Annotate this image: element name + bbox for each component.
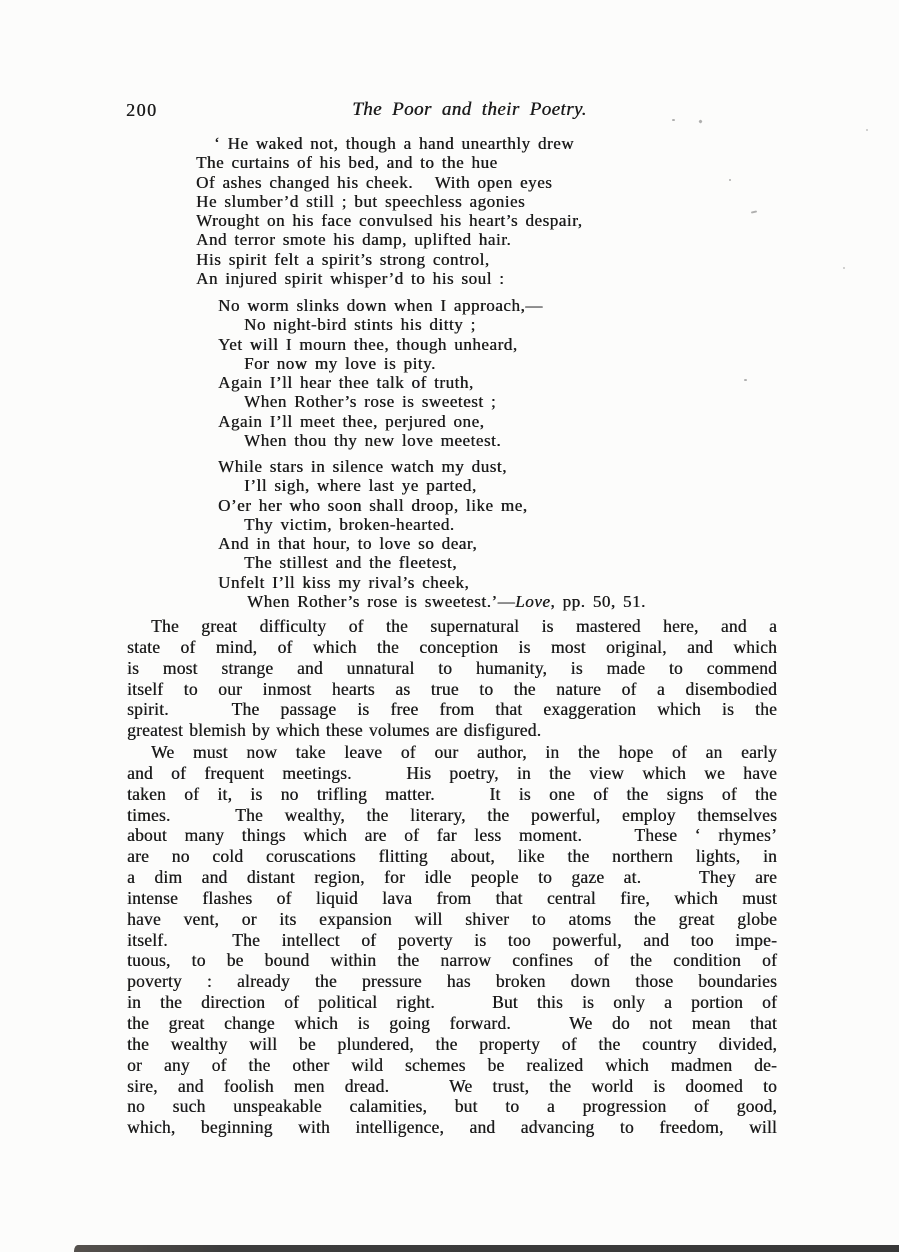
verse-line: ‘ He waked not, though a hand unearthly …	[214, 134, 582, 153]
verse-line: He slumber’d still ; but speechless agon…	[196, 192, 582, 211]
prose-line: times. The wealthy, the literary, the po…	[127, 805, 777, 826]
prose-line: are no cold coruscations flitting about,…	[127, 846, 777, 867]
prose-line: the great change which is going forward.…	[127, 1013, 777, 1034]
verse-line: For now my love is pity.	[244, 354, 543, 373]
ink-speck	[744, 379, 747, 381]
prose-line: in the direction of political right. But…	[127, 992, 777, 1013]
prose-line: intense flashes of liquid lava from that…	[127, 888, 777, 909]
verse-line: No worm slinks down when I approach,—	[218, 296, 543, 315]
verse-line: Wrought on his face convulsed his heart’…	[196, 211, 582, 230]
verse-line: While stars in silence watch my dust,	[218, 457, 527, 476]
verse-line: O’er her who soon shall droop, like me,	[218, 496, 527, 515]
prose-line: and of frequent meetings. His poetry, in…	[127, 763, 777, 784]
prose-line: about many things which are of far less …	[127, 825, 777, 846]
prose-line: taken of it, is no trifling matter. It i…	[127, 784, 777, 805]
poem-stanza-3: While stars in silence watch my dust,I’l…	[218, 457, 527, 592]
verse-line: The curtains of his bed, and to the hue	[196, 153, 582, 172]
prose-line: We must now take leave of our author, in…	[151, 742, 777, 763]
page-edge-shadow	[74, 1245, 899, 1252]
prose-line: poverty : already the pressure has broke…	[127, 971, 777, 992]
attribution-page-refs: , pp. 50, 51.	[550, 592, 645, 611]
prose-line: itself. The intellect of poverty is too …	[127, 930, 777, 951]
verse-line: And terror smote his damp, uplifted hair…	[196, 230, 582, 249]
prose-line: state of mind, of which the conception i…	[127, 637, 777, 658]
prose-line: sire, and foolish men dread. We trust, t…	[127, 1076, 777, 1097]
verse-line: When Rother’s rose is sweetest ;	[244, 392, 543, 411]
prose-line: have vent, or its expansion will shiver …	[127, 909, 777, 930]
verse-line: No night-bird stints his ditty ;	[244, 315, 543, 334]
prose-line: greatest blemish by which these volumes …	[127, 720, 777, 741]
verse-line: When thou thy new love meetest.	[244, 431, 543, 450]
attribution-work-title: Love	[515, 592, 550, 611]
verse-line: Yet will I mourn thee, though unheard,	[218, 335, 543, 354]
prose-paragraph-2: We must now take leave of our author, in…	[127, 742, 777, 1138]
ink-speck	[698, 119, 702, 123]
prose-line: a dim and distant region, for idle peopl…	[127, 867, 777, 888]
prose-paragraph-1: The great difficulty of the supernatural…	[127, 616, 777, 741]
prose-line: The great difficulty of the supernatural…	[151, 616, 777, 637]
poem-stanza-2: No worm slinks down when I approach,—No …	[218, 296, 543, 450]
prose-line: the wealthy will be plundered, the prope…	[127, 1034, 777, 1055]
verse-line: Again I’ll meet thee, perjured one,	[218, 412, 543, 431]
poem-attribution: When Rother’s rose is sweetest.’—Love, p…	[247, 592, 646, 611]
prose-line: no such unspeakable calamities, but to a…	[127, 1096, 777, 1117]
verse-line: I’ll sigh, where last ye parted,	[244, 476, 527, 495]
verse-line: Of ashes changed his cheek. With open ey…	[196, 173, 582, 192]
verse-line: Again I’ll hear thee talk of truth,	[218, 373, 543, 392]
ink-speck	[672, 119, 675, 121]
verse-line: And in that hour, to love so dear,	[218, 534, 527, 553]
verse-line: Unfelt I’ll kiss my rival’s cheek,	[218, 573, 527, 592]
poem-stanza-1: ‘ He waked not, though a hand unearthly …	[196, 134, 582, 288]
verse-line: An injured spirit whisper’d to his soul …	[196, 269, 582, 288]
ink-speck	[843, 267, 845, 269]
prose-line: is most strange and unnatural to humanit…	[127, 658, 777, 679]
ink-speck	[751, 210, 757, 213]
prose-line: spirit. The passage is free from that ex…	[127, 699, 777, 720]
running-title: The Poor and their Poetry.	[20, 99, 899, 121]
prose-line: or any of the other wild schemes be real…	[127, 1055, 777, 1076]
prose-line: which, beginning with intelligence, and …	[127, 1117, 777, 1138]
ink-speck	[729, 179, 731, 181]
ink-speck	[866, 129, 868, 131]
verse-line: His spirit felt a spirit’s strong contro…	[196, 250, 582, 269]
prose-line: itself to our inmost hearts as true to t…	[127, 679, 777, 700]
book-page-scan: 200 The Poor and their Poetry. ‘ He wake…	[0, 0, 899, 1252]
attribution-final-verse: When Rother’s rose is sweetest.’—	[247, 592, 515, 611]
prose-line: tuous, to be bound within the narrow con…	[127, 950, 777, 971]
verse-line: The stillest and the fleetest,	[244, 553, 527, 572]
verse-line: Thy victim, broken-hearted.	[244, 515, 527, 534]
